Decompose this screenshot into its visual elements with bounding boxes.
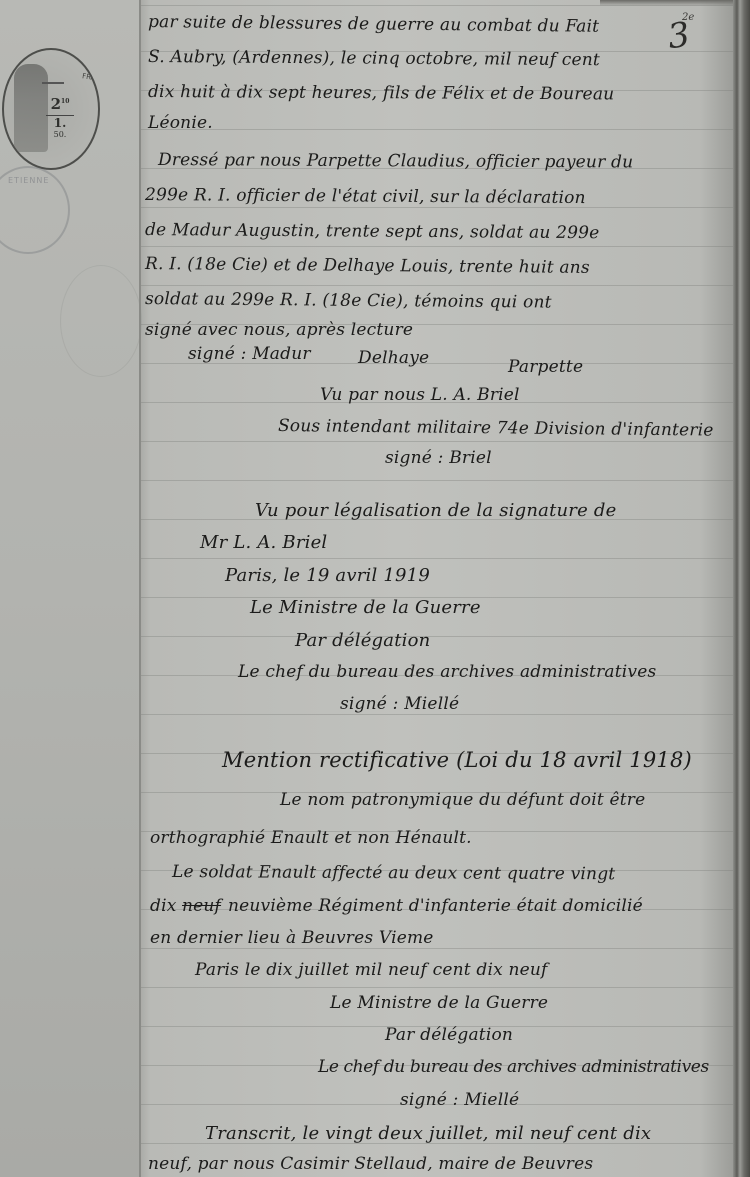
stamp-value-top-fraction: 10: [61, 98, 69, 105]
text-line: Le soldat Enault affecté au deux cent qu…: [172, 862, 615, 884]
register-page-scan: E FRANÇAISE 210 1. 50. ETIENNE 2e 3 par …: [0, 0, 750, 1177]
text-line: Le chef du bureau des archives administr…: [238, 662, 656, 682]
text-line: orthographié Enault et non Hénault.: [150, 828, 472, 848]
book-binding: [733, 0, 750, 1177]
faded-seal-outline-icon: [60, 265, 142, 377]
text-line: soldat au 299e R. I. (18e Cie), témoins …: [145, 289, 552, 313]
text-line: Paris, le 19 avril 1919: [225, 565, 430, 586]
text-line: R. I. (18e Cie) et de Delhaye Louis, tre…: [145, 254, 590, 278]
signature-line: signé : Miellé: [340, 694, 459, 714]
text-line: dix: [150, 896, 177, 916]
text-line: Le Ministre de la Guerre: [250, 597, 481, 618]
signature-line: Delhaye: [358, 348, 429, 368]
text-line: Dressé par nous Parpette Claudius, offic…: [158, 150, 633, 172]
text-line: S. Aubry, (Ardennes), le cinq octobre, m…: [148, 47, 600, 70]
signature-line: signé : Briel: [385, 448, 492, 468]
text-line: signé avec nous, après lecture: [145, 320, 413, 340]
text-line: Paris le dix juillet mil neuf cent dix n…: [195, 960, 548, 980]
text-line: Le Ministre de la Guerre: [330, 993, 548, 1013]
stamp-left-letter: E: [2, 58, 6, 66]
text-line: Le chef du bureau des archives administr…: [318, 1057, 709, 1077]
text-line: Le nom patronymique du défunt doit être: [280, 790, 645, 810]
stamp-value-top: 2: [51, 95, 61, 113]
stamp-arc-text: FRANÇAISE: [82, 73, 95, 82]
text-line: neuvième Régiment d'infanterie était dom…: [228, 896, 643, 916]
text-line: neuf, par nous Casimir Stellaud, maire d…: [148, 1154, 593, 1174]
text-line: Vu par nous L. A. Briel: [320, 385, 520, 405]
text-line: Par délégation: [295, 630, 430, 651]
signature-line: signé : Miellé: [400, 1090, 519, 1110]
text-line: Mr L. A. Briel: [200, 532, 327, 553]
signature-line: signé : Madur: [188, 344, 311, 364]
text-line: Léonie.: [148, 113, 213, 133]
text-line: 299e R. I. officier de l'état civil, sur…: [145, 185, 586, 208]
text-line: Transcrit, le vingt deux juillet, mil ne…: [205, 1123, 651, 1144]
text-line: Par délégation: [385, 1025, 513, 1045]
stamp-value-cents: 50.: [46, 130, 74, 140]
page-edge-shadow: [600, 0, 750, 6]
text-line: de Madur Augustin, trente sept ans, sold…: [145, 220, 600, 243]
struck-word: neuf: [182, 896, 221, 916]
revenue-stamp: E FRANÇAISE 210 1. 50.: [2, 48, 100, 170]
stamp-value: 210 1. 50.: [46, 94, 74, 140]
text-line: en dernier lieu à Beuvres Vieme: [150, 928, 434, 948]
stamp-value-bottom: 1.: [46, 115, 74, 130]
text-line: dix huit à dix sept heures, fils de Féli…: [148, 82, 614, 104]
text-line: Vu pour légalisation de la signature de: [255, 500, 616, 521]
left-margin: E FRANÇAISE 210 1. 50. ETIENNE: [0, 0, 140, 1177]
faded-seal-text: ETIENNE: [8, 176, 49, 185]
scales-of-justice-icon: [42, 72, 64, 84]
signature-line: Parpette: [508, 357, 583, 377]
section-heading: Mention rectificative (Loi du 18 avril 1…: [222, 748, 692, 772]
